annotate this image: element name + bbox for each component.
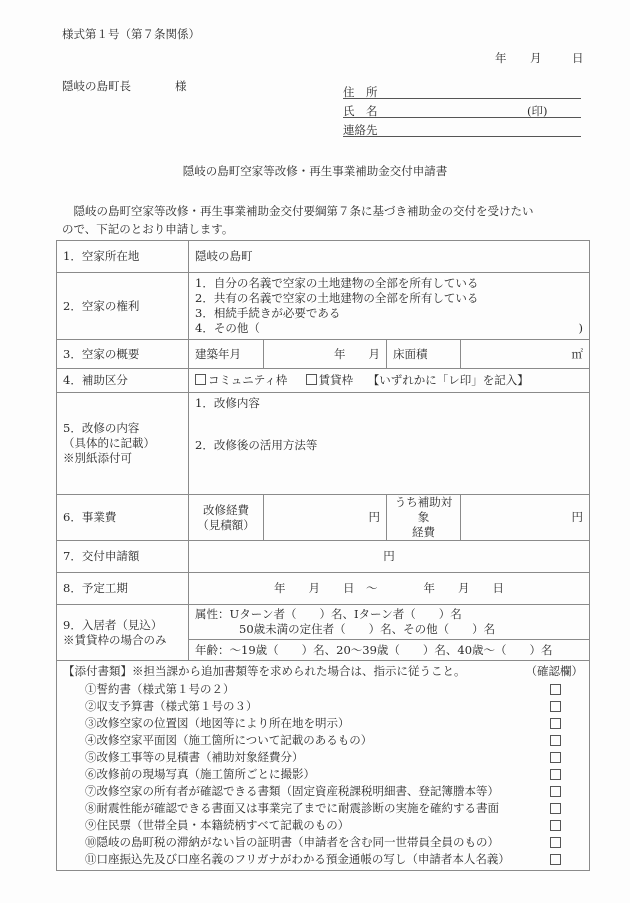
- document-title: 隠岐の島町空家等改修・再生事業補助金交付申請書: [0, 163, 630, 179]
- date-day[interactable]: 日: [572, 50, 584, 66]
- renovation-label-2: （具体的に記載）: [63, 436, 182, 451]
- community-checkbox[interactable]: [195, 374, 206, 385]
- residents-attributes[interactable]: 属性：Uターン者（ ）名、Iターン者（ ）名 50歳未満の定住者（ ）名、その他…: [189, 605, 590, 640]
- residents-attr-2: 50歳未満の定住者（ ）名、その他（ ）名: [195, 622, 583, 637]
- attachment-checkbox[interactable]: [550, 854, 561, 865]
- category-options: コミュニティ枠 賃貸枠 【いずれかに「レ印」を記入】: [189, 369, 590, 393]
- residents-label-2: ※賃貸枠の場合のみ: [63, 633, 182, 648]
- row-cost: 6．事業費 改修経費 （見積額） 円 うち補助対象 経費 円: [57, 495, 590, 541]
- attachments-title: 【添付書類】※担当課から追加書類等を求められた場合は、指示に従うこと。: [63, 664, 466, 679]
- rental-checkbox[interactable]: [306, 374, 317, 385]
- est-label-2: （見積額）: [195, 518, 257, 533]
- application-table: 1．空家所在地 隠岐の島町 2．空家の権利 1．自分の名義で空家の土地建物の全部…: [56, 240, 590, 871]
- location-value[interactable]: 隠岐の島町: [189, 241, 590, 273]
- attachment-item: ⑧耐震性能が確認できる書面又は事業完了までに耐震診断の実施を確約する書面: [63, 800, 583, 817]
- row-renovation: 5．改修の内容 （具体的に記載） ※別紙添付可 1．改修内容 2．改修後の活用方…: [57, 393, 590, 495]
- intro-line-2: ので、下記のとおり申請します。: [62, 221, 233, 237]
- rights-label: 2．空家の権利: [57, 273, 189, 340]
- schedule-label: 8．予定工期: [57, 573, 189, 605]
- renovation-label-1: 5．改修の内容: [63, 421, 182, 436]
- rental-label: 賃貸枠: [319, 373, 354, 387]
- built-value[interactable]: 年 月: [264, 340, 387, 369]
- attachment-checkbox[interactable]: [550, 769, 561, 780]
- attachment-checkbox[interactable]: [550, 786, 561, 797]
- est-label-1: 改修経費: [195, 503, 257, 518]
- attachment-item: ⑩隠岐の島町税の滞納がない旨の証明書（申請者を含む同一世帯員全員のもの）: [63, 834, 583, 851]
- name-label: 氏 名: [343, 104, 378, 118]
- attachment-item: ⑨住民票（世帯全員・本籍続柄すべて記載のもの）: [63, 817, 583, 834]
- rights-option-4-row[interactable]: 4．その他（ ): [195, 321, 583, 336]
- community-label: コミュニティ枠: [208, 373, 287, 387]
- addressee: 隠岐の島町長: [62, 78, 131, 94]
- est-amount[interactable]: 円: [264, 495, 387, 541]
- subsidy-amount[interactable]: 円: [461, 495, 590, 541]
- date-month[interactable]: 月: [530, 50, 542, 66]
- location-label: 1．空家所在地: [57, 241, 189, 273]
- renovation-label-3: ※別紙添付可: [63, 451, 182, 466]
- row-schedule: 8．予定工期 年 月 日 ～ 年 月 日: [57, 573, 590, 605]
- est-label: 改修経費 （見積額）: [189, 495, 264, 541]
- attachment-item: ⑪口座振込先及び口座名義のフリガナがわかる預金通帳の写し（申請者本人名義）: [63, 851, 583, 868]
- category-label: 4．補助区分: [57, 369, 189, 393]
- attachment-checkbox[interactable]: [550, 701, 561, 712]
- addressee-suffix: 様: [175, 78, 187, 94]
- contact-field[interactable]: 連絡先: [343, 122, 581, 137]
- attachment-checkbox[interactable]: [550, 752, 561, 763]
- contact-label: 連絡先: [343, 123, 378, 137]
- attachment-item: ①誓約書（様式第１号の２）: [63, 681, 583, 698]
- rights-options[interactable]: 1．自分の名義で空家の土地建物の全部を所有している 2．共有の名義で空家の土地建…: [189, 273, 590, 340]
- row-residents: 9．入居者（見込） ※賃貸枠の場合のみ 属性：Uターン者（ ）名、Iターン者（ …: [57, 605, 590, 640]
- attachment-item: ②収支予算書（様式第１号の３）: [63, 698, 583, 715]
- check-column-header: （確認欄）: [526, 664, 584, 679]
- attachment-checkbox[interactable]: [550, 803, 561, 814]
- renovation-content[interactable]: 1．改修内容 2．改修後の活用方法等: [189, 393, 590, 495]
- row-overview: 3．空家の概要 建築年月 年 月 床面積 ㎡: [57, 340, 590, 369]
- residents-label: 9．入居者（見込） ※賃貸枠の場合のみ: [57, 605, 189, 661]
- attachment-item: ⑦改修空家の所有者が確認できる書類（固定資産税課税明細書、登記簿謄本等）: [63, 783, 583, 800]
- attachment-checkbox[interactable]: [550, 820, 561, 831]
- address-field[interactable]: 住 所: [343, 84, 581, 99]
- request-label: 7．交付申請額: [57, 541, 189, 573]
- renovation-label: 5．改修の内容 （具体的に記載） ※別紙添付可: [57, 393, 189, 495]
- date-year[interactable]: 年: [495, 50, 507, 66]
- attachment-item: ⑤改修工事等の見積書（補助対象経費分）: [63, 749, 583, 766]
- subsidy-label: うち補助対象 経費: [387, 495, 461, 541]
- row-location: 1．空家所在地 隠岐の島町: [57, 241, 590, 273]
- attachment-item: ③改修空家の位置図（地図等により所在地を明示）: [63, 715, 583, 732]
- rights-option-4: 4．その他（: [195, 321, 260, 336]
- attachments-header: 【添付書類】※担当課から追加書類等を求められた場合は、指示に従うこと。 （確認欄…: [63, 662, 583, 681]
- cost-label: 6．事業費: [57, 495, 189, 541]
- residents-attr-1: 属性：Uターン者（ ）名、Iターン者（ ）名: [195, 607, 583, 622]
- residents-age[interactable]: 年齢：～19歳（ ）名、20～39歳（ ）名、40歳～（ ）名: [189, 640, 590, 661]
- built-label: 建築年月: [189, 340, 264, 369]
- form-number: 様式第１号（第７条関係）: [62, 26, 200, 42]
- seal-mark: (印): [527, 103, 547, 119]
- name-field[interactable]: 氏 名 (印): [343, 103, 581, 118]
- attachment-item: ④改修空家平面図（施工箇所について記載のあるもの）: [63, 732, 583, 749]
- floor-label: 床面積: [387, 340, 461, 369]
- row-request: 7．交付申請額 円: [57, 541, 590, 573]
- category-note: 【いずれかに「レ印」を記入】: [368, 373, 529, 387]
- row-attachments: 【添付書類】※担当課から追加書類等を求められた場合は、指示に従うこと。 （確認欄…: [57, 661, 590, 871]
- rights-option-1[interactable]: 1．自分の名義で空家の土地建物の全部を所有している: [195, 276, 583, 291]
- renovation-item-1: 1．改修内容: [195, 396, 583, 411]
- schedule-value[interactable]: 年 月 日 ～ 年 月 日: [189, 573, 590, 605]
- attachment-checkbox[interactable]: [550, 718, 561, 729]
- row-rights: 2．空家の権利 1．自分の名義で空家の土地建物の全部を所有している 2．共有の名…: [57, 273, 590, 340]
- request-amount[interactable]: 円: [189, 541, 590, 573]
- row-category: 4．補助区分 コミュニティ枠 賃貸枠 【いずれかに「レ印」を記入】: [57, 369, 590, 393]
- overview-label: 3．空家の概要: [57, 340, 189, 369]
- attachment-checkbox[interactable]: [550, 735, 561, 746]
- address-label: 住 所: [343, 85, 378, 99]
- residents-label-1: 9．入居者（見込）: [63, 618, 182, 633]
- attachment-item: ⑥改修前の現場写真（施工箇所ごとに撮影）: [63, 766, 583, 783]
- attachment-checkbox[interactable]: [550, 684, 561, 695]
- rights-option-2[interactable]: 2．共有の名義で空家の土地建物の全部を所有している: [195, 291, 583, 306]
- attachments-cell: 【添付書類】※担当課から追加書類等を求められた場合は、指示に従うこと。 （確認欄…: [57, 661, 590, 871]
- rights-close-paren: ): [579, 321, 584, 336]
- rights-option-3[interactable]: 3．相続手続きが必要である: [195, 306, 583, 321]
- renovation-item-2: 2．改修後の活用方法等: [195, 438, 583, 453]
- attachment-checkbox[interactable]: [550, 837, 561, 848]
- subsidy-label-2: 経費: [393, 525, 454, 540]
- floor-unit[interactable]: ㎡: [461, 340, 590, 369]
- subsidy-label-1: うち補助対象: [393, 495, 454, 525]
- intro-line-1: 隠岐の島町空家等改修・再生事業補助金交付要綱第７条に基づき補助金の交付を受けたい: [62, 203, 534, 219]
